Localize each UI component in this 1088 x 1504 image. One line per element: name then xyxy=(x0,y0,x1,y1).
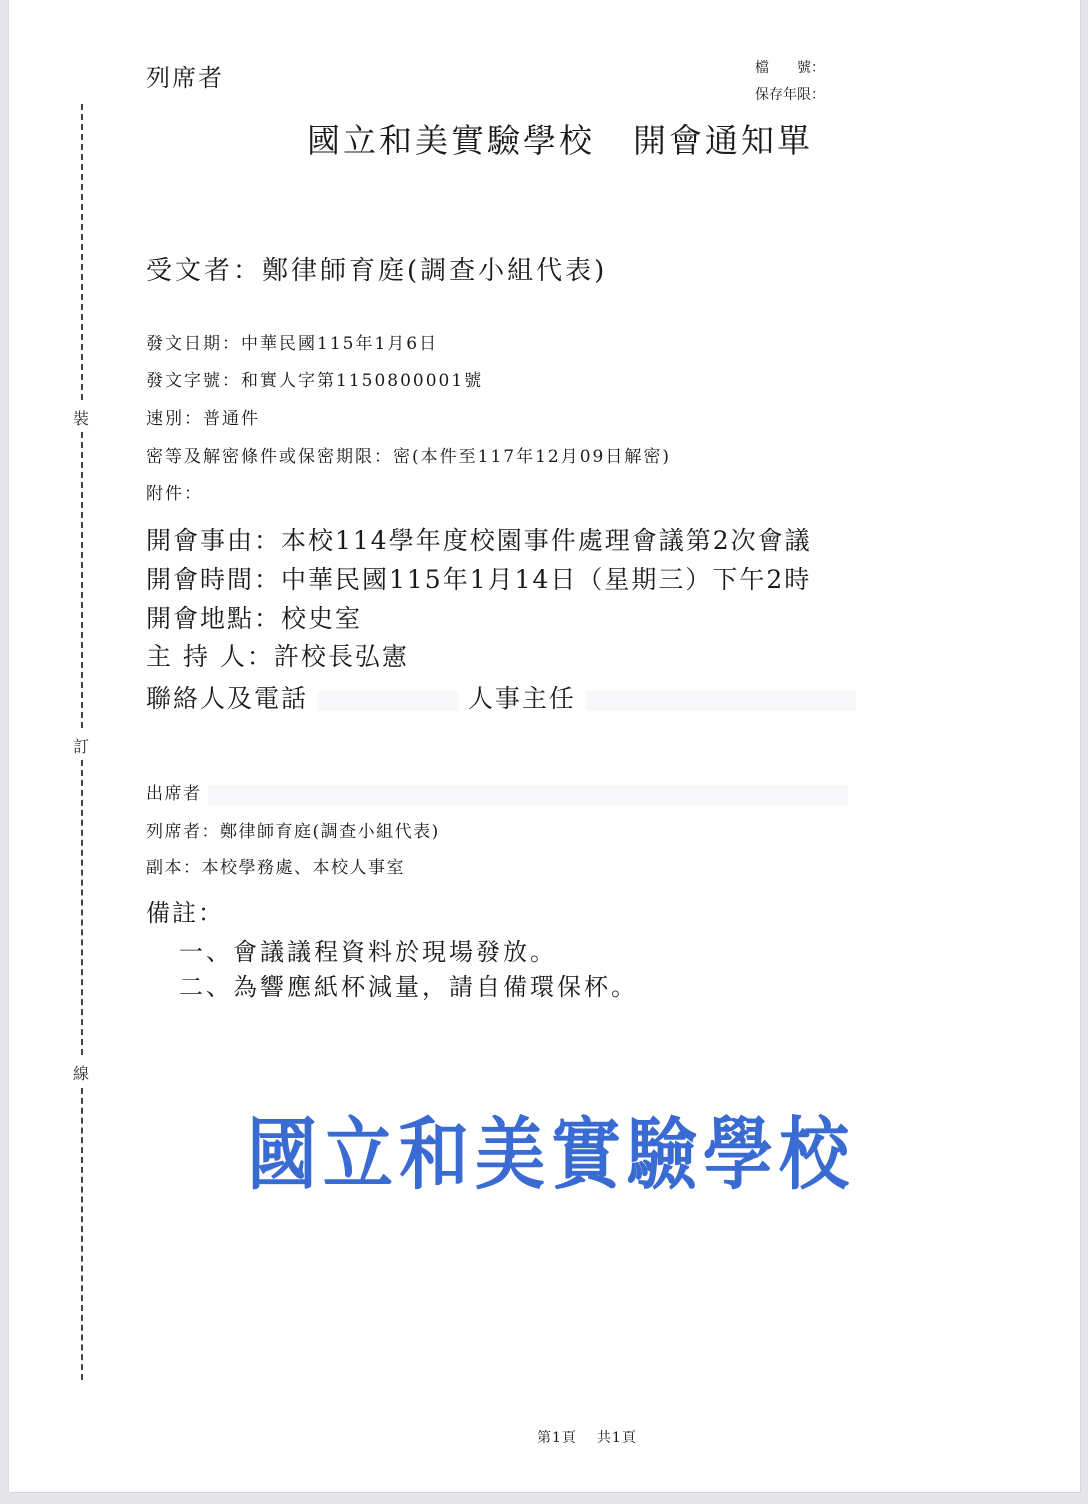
binding-line-segment xyxy=(81,1088,83,1380)
binding-line-segment xyxy=(81,104,83,400)
meeting-time: 開會時間：中華民國115年1月14日（星期三）下午2時 xyxy=(146,560,811,596)
corner-label: 列席者 xyxy=(146,58,224,93)
notes-title: 備註： xyxy=(146,893,224,928)
binding-line-segment xyxy=(81,432,83,728)
delivery-speed: 速別：普通件 xyxy=(146,404,260,429)
redacted-attendees-list xyxy=(208,785,848,805)
title-doc-type: 開會通知單 xyxy=(633,121,813,160)
document-title: 國立和美實驗學校開會通知單 xyxy=(307,115,813,162)
school-seal-stamp: 國立和美實驗學校 xyxy=(247,1092,855,1205)
document-page: 裝 訂 線 列席者 檔 號： 保存年限： 國立和美實驗學校開會通知單 受文者：鄭… xyxy=(9,0,1080,1492)
page-footer: 第1頁共1頁 xyxy=(537,1427,637,1447)
page-current: 第1頁 xyxy=(537,1430,577,1446)
copies: 副本：本校學務處、本校人事室 xyxy=(146,853,405,878)
meeting-contact: 聯絡人及電話 人事主任 xyxy=(146,679,856,715)
attendees-label: 出席者 xyxy=(146,784,202,804)
binding-line-segment xyxy=(81,760,83,1055)
page-total: 共1頁 xyxy=(597,1430,637,1446)
meeting-subject: 開會事由：本校114學年度校園事件處理會議第2次會議 xyxy=(146,521,812,557)
redacted-contact-name xyxy=(318,691,458,711)
observers: 列席者：鄭律師育庭(調查小組代表) xyxy=(146,817,440,842)
title-school: 國立和美實驗學校 xyxy=(307,121,595,160)
note-item: 二、為響應紙杯減量，請自備環保杯。 xyxy=(179,967,638,1002)
meeting-location: 開會地點：校史室 xyxy=(146,599,362,635)
recipient: 受文者：鄭律師育庭(調查小組代表) xyxy=(146,250,607,287)
binding-char-zhuang: 裝 xyxy=(73,406,89,429)
file-meta: 檔 號： 保存年限： xyxy=(725,55,825,109)
note-item: 一、會議議程資料於現場發放。 xyxy=(179,932,557,967)
contact-label: 聯絡人及電話 xyxy=(146,684,308,713)
attendees: 出席者 xyxy=(146,779,848,805)
redacted-contact-phone xyxy=(586,691,856,711)
attachment: 附件： xyxy=(146,479,203,504)
binding-char-xian: 線 xyxy=(73,1061,89,1084)
classification: 密等及解密條件或保密期限：密(本件至117年12月09日解密) xyxy=(146,442,671,467)
issue-date: 發文日期：中華民國115年1月6日 xyxy=(146,329,438,354)
contact-title: 人事主任 xyxy=(468,684,576,713)
binding-char-ding: 訂 xyxy=(73,734,89,757)
file-number-label: 檔 號： xyxy=(725,55,825,82)
issue-number: 發文字號：和實人字第1150800001號 xyxy=(146,366,483,391)
retention-label: 保存年限： xyxy=(725,82,825,109)
meeting-chair: 主 持 人：許校長弘憲 xyxy=(146,637,409,673)
